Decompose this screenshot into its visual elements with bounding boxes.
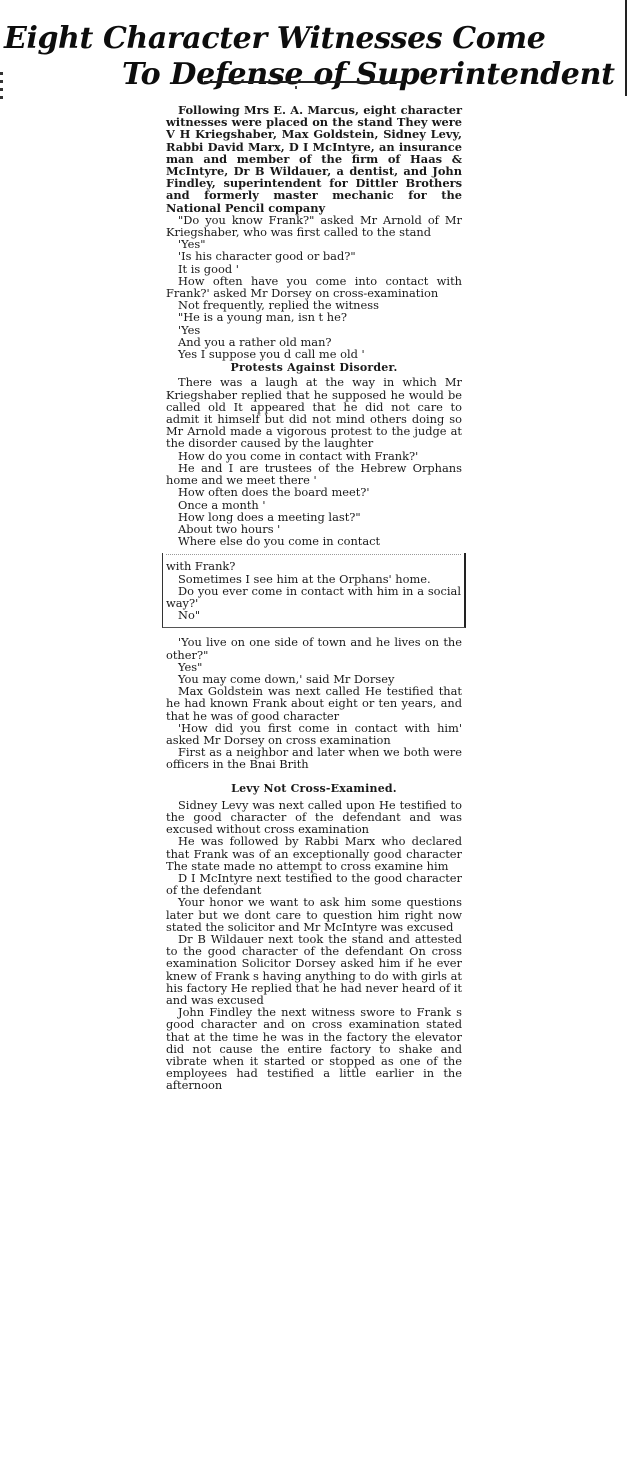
paragraph: Where else do you come in contact bbox=[166, 535, 462, 547]
headline-line-1: Eight Character Witnesses Come bbox=[4, 21, 604, 57]
body-section-1: Following Mrs E. A. Marcus, eight charac… bbox=[166, 104, 462, 360]
paragraph: First as a neighbor and later when we bo… bbox=[166, 746, 462, 770]
paragraph: "He is a young man, isn t he? bbox=[166, 311, 462, 323]
paragraph: Your honor we want to ask him some quest… bbox=[166, 896, 462, 933]
paragraph: Following Mrs E. A. Marcus, eight charac… bbox=[166, 104, 462, 214]
article-body: Following Mrs E. A. Marcus, eight charac… bbox=[166, 104, 462, 1092]
paragraph: Dr B Wildauer next took the stand and at… bbox=[166, 933, 462, 1006]
subhead-protests: Protests Against Disorder. bbox=[166, 362, 462, 374]
paragraph: Yes I suppose you d call me old ' bbox=[166, 348, 462, 360]
paragraph: Do you ever come in contact with him in … bbox=[166, 585, 461, 609]
boxed-insert: with Frank?Sometimes I see him at the Or… bbox=[162, 553, 466, 628]
paragraph: How often does the board meet?' bbox=[166, 486, 462, 498]
paragraph: No" bbox=[166, 609, 461, 621]
paragraph: 'Is his character good or bad?" bbox=[166, 250, 462, 262]
paragraph: Once a month ' bbox=[166, 499, 462, 511]
paragraph: Sometimes I see him at the Orphans' home… bbox=[166, 573, 461, 585]
paragraph: John Findley the next witness swore to F… bbox=[166, 1006, 462, 1091]
body-section-4: Sidney Levy was next called upon He test… bbox=[166, 799, 462, 1092]
boxed-section: with Frank?Sometimes I see him at the Or… bbox=[166, 560, 461, 621]
paragraph: 'How did you first come in contact with … bbox=[166, 722, 462, 746]
paragraph: Max Goldstein was next called He testifi… bbox=[166, 685, 462, 722]
paragraph: He and I are trustees of the Hebrew Orph… bbox=[166, 462, 462, 486]
headline-line-2: To Defense of Superintendent bbox=[4, 57, 604, 93]
body-section-3: 'You live on one side of town and he liv… bbox=[166, 636, 462, 770]
paragraph: It is good ' bbox=[166, 263, 462, 275]
paragraph: How often have you come into contact wit… bbox=[166, 275, 462, 299]
paragraph: "Do you know Frank?" asked Mr Arnold of … bbox=[166, 214, 462, 238]
paragraph: 'You live on one side of town and he liv… bbox=[166, 636, 462, 660]
divider-mark bbox=[295, 86, 297, 89]
paragraph: Sidney Levy was next called upon He test… bbox=[166, 799, 462, 836]
page-edge-marks bbox=[0, 72, 3, 104]
paragraph: He was followed by Rabbi Marx who declar… bbox=[166, 835, 462, 872]
body-section-2: There was a laugh at the way in which Mr… bbox=[166, 376, 462, 547]
paragraph: with Frank? bbox=[166, 560, 461, 572]
headline-divider bbox=[204, 81, 404, 83]
subhead-levy: Levy Not Cross-Examined. bbox=[166, 783, 462, 795]
paragraph: There was a laugh at the way in which Mr… bbox=[166, 376, 462, 449]
paragraph: D I McIntyre next testified to the good … bbox=[166, 872, 462, 896]
